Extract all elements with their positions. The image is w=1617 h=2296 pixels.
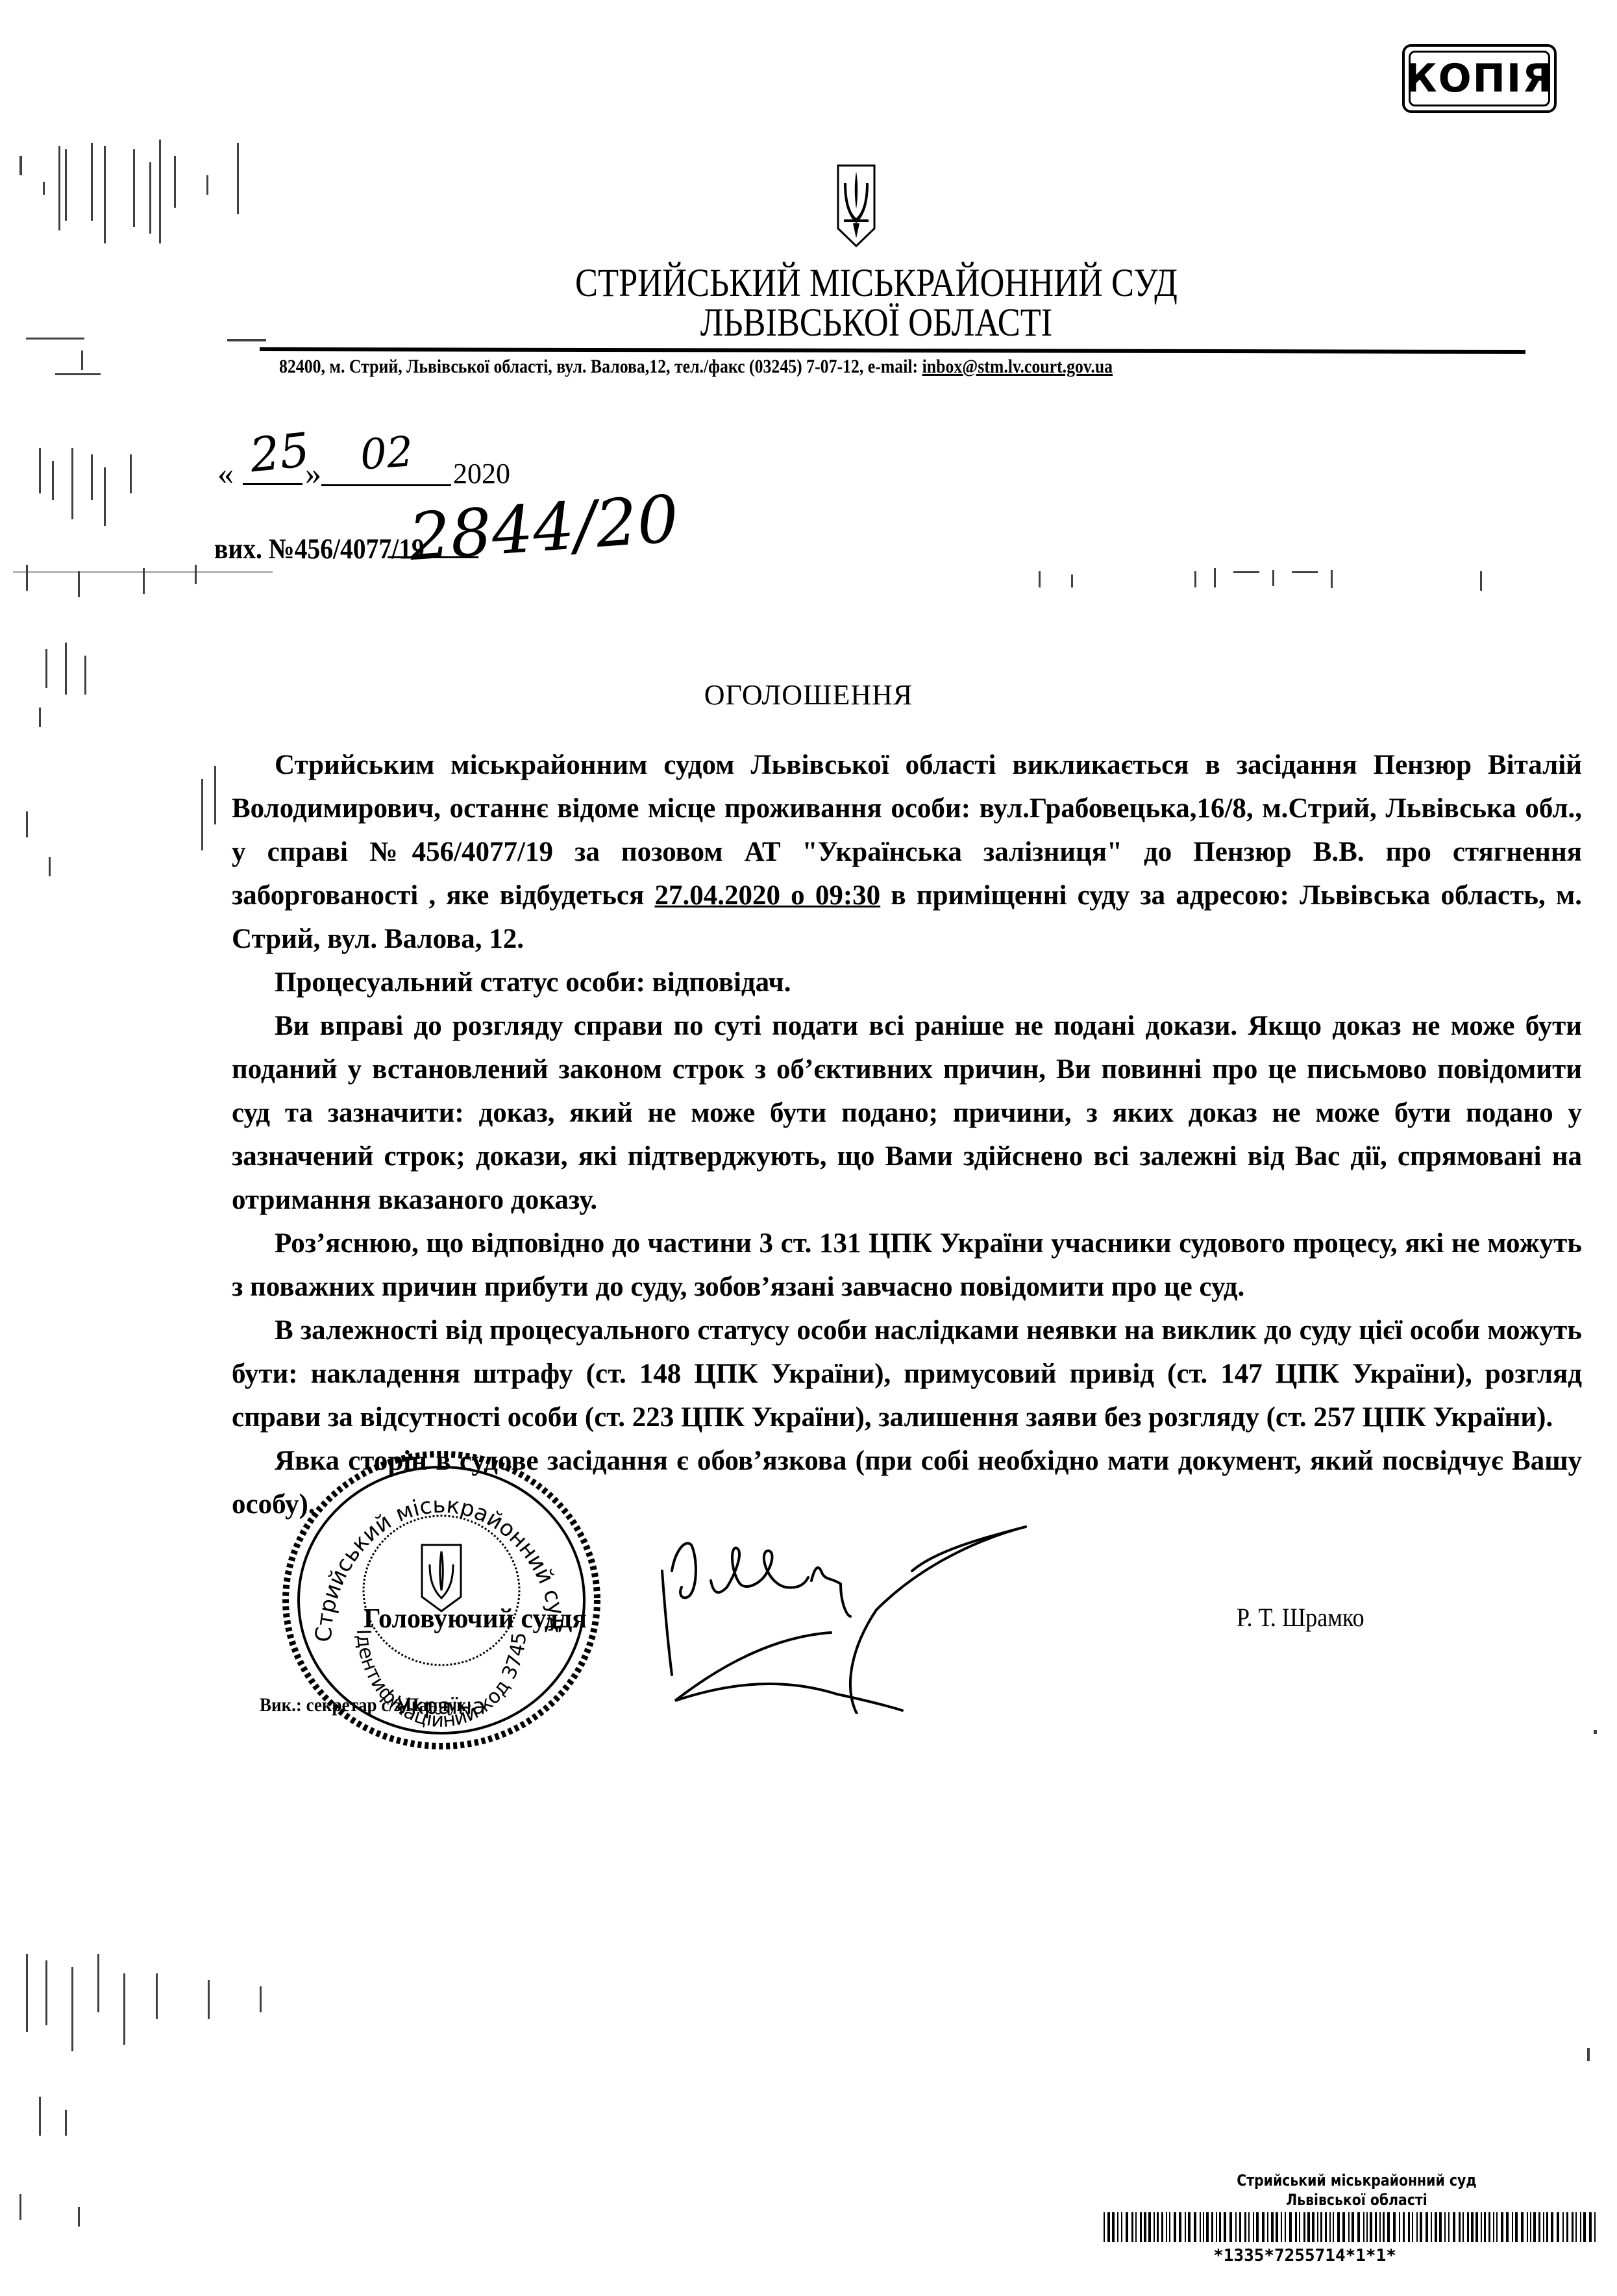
- document-heading: ОГОЛОШЕННЯ: [0, 678, 1617, 711]
- trident-coat-of-arms-icon: [836, 164, 876, 248]
- paragraph-status: Процесуальний статус особи: відповідач.: [232, 961, 1582, 1004]
- header-divider: [260, 347, 1525, 354]
- date-quote-close: »: [305, 454, 321, 492]
- seal-id-text: Ідентифікаційний код 37458805: [260, 1448, 531, 1732]
- court-email-link[interactable]: inbox@stm.lv.court.gov.ua: [922, 356, 1113, 377]
- court-name-line2: ЛЬВІВСЬКОЇ ОБЛАСТІ: [458, 302, 1295, 344]
- copy-stamp-label: КОПІЯ: [1405, 56, 1554, 101]
- paragraph-consequences: В залежності від процесуального статусу …: [232, 1309, 1582, 1439]
- paragraph-notice: Роз’яснюю, що відповідно до частини 3 ст…: [232, 1222, 1582, 1309]
- date-day-handwritten: 25: [247, 422, 312, 482]
- outgoing-number-underline: [388, 556, 478, 558]
- outgoing-number-label: вих. №456/4077/19: [214, 532, 425, 565]
- address-text: 82400, м. Стрий, Львівської області, вул…: [279, 356, 922, 377]
- barcode-court-line2: Львівської області: [1142, 2191, 1572, 2209]
- outgoing-number-handwritten: 2844/20: [406, 481, 681, 576]
- barcode-number: *1335*7255714*1*1*: [1104, 2246, 1506, 2265]
- date-month-underline: [321, 484, 451, 486]
- court-address: 82400, м. Стрий, Львівської області, вул…: [279, 356, 1113, 378]
- paragraph-summons: Стрийським міськрайонним судом Львівсько…: [232, 743, 1582, 961]
- judge-name: Р. Т. Шрамко: [1237, 1602, 1364, 1633]
- barcode-court-line1: Стрийський міськрайонний суд: [1142, 2171, 1572, 2190]
- date-year: 2020: [453, 457, 510, 490]
- date-quote-open: «: [217, 454, 234, 492]
- date-month-handwritten: 02: [359, 428, 415, 480]
- court-name-line1: СТРИЙСЬКИЙ МІСЬКРАЙОННИЙ СУД: [458, 263, 1295, 304]
- date-day-underline: [243, 483, 302, 485]
- presiding-judge-label: Головуючий суддя: [364, 1603, 587, 1635]
- executor-line: Вик.: секретар с/з Панчук: [260, 1694, 467, 1716]
- dateline: « 25 » 02 2020 вих. №456/4077/19 2844/20: [214, 428, 708, 597]
- svg-text:Ідентифікаційний код 37458805: Ідентифікаційний код 37458805: [260, 1448, 531, 1732]
- hearing-datetime: 27.04.2020 о 09:30: [654, 880, 880, 911]
- copy-stamp: КОПІЯ: [1402, 44, 1557, 113]
- document-barcode: [1104, 2212, 1598, 2242]
- announcement-body: Стрийським міськрайонним судом Львівсько…: [232, 743, 1582, 1526]
- paragraph-evidence: Ви вправі до розгляду справи по суті под…: [232, 1004, 1582, 1222]
